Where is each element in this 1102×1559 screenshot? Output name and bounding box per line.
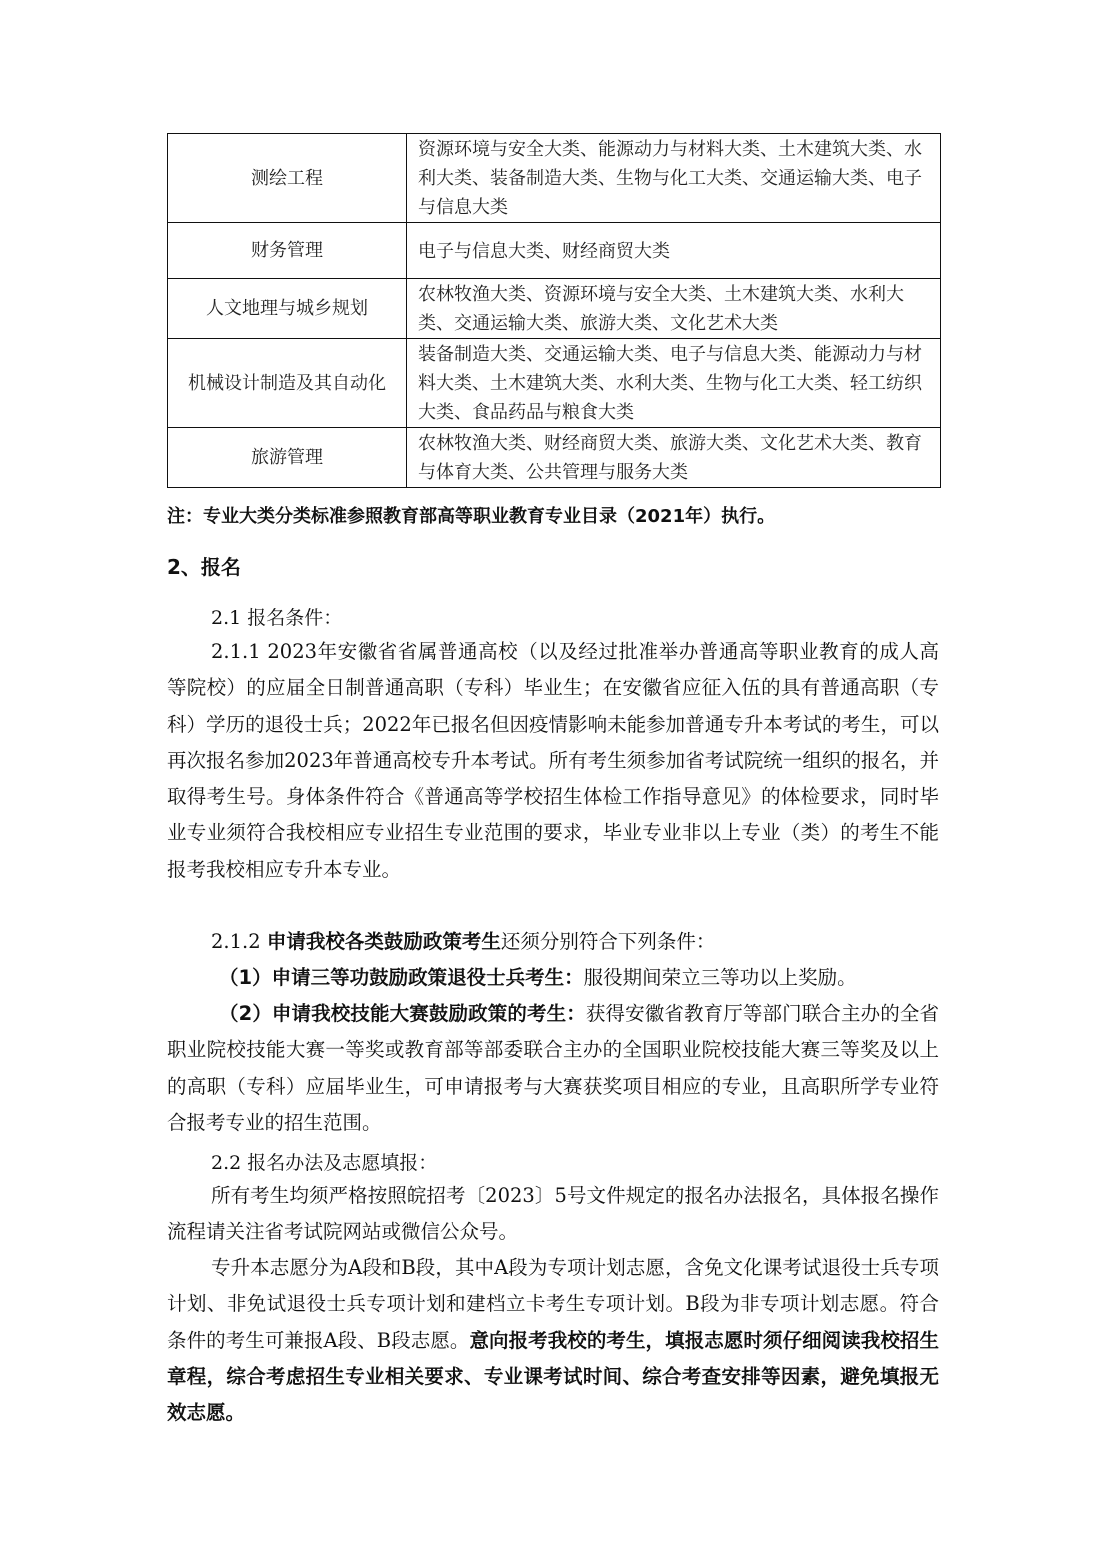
major-name: 人文地理与城乡规划 <box>168 279 407 339</box>
major-categories: 装备制造大类、交通运输大类、电子与信息大类、能源动力与材料大类、土木建筑大类、水… <box>407 339 941 428</box>
clause-number: 2.1.2 <box>211 930 267 953</box>
table-row: 人文地理与城乡规划 农林牧渔大类、资源环境与安全大类、土木建筑大类、水利大类、交… <box>168 279 941 339</box>
major-categories: 电子与信息大类、财经商贸大类 <box>407 223 941 279</box>
subsection-title-2-2: 2.2 报名办法及志愿填报： <box>211 1148 986 1175</box>
subsection-title-2-1: 2.1 报名条件： <box>211 603 986 630</box>
clause-rest: 还须分别符合下列条件： <box>501 930 716 953</box>
clause-bold: 申请我校各类鼓励政策考生 <box>267 930 501 953</box>
major-name: 机械设计制造及其自动化 <box>168 339 407 428</box>
item-1-rest: 服役期间荣立三等功以上奖励。 <box>584 966 857 989</box>
item-2-bold: （2）申请我校技能大赛鼓励政策的考生： <box>219 1002 586 1025</box>
paragraph-2-1-2: 2.1.2 申请我校各类鼓励政策考生还须分别符合下列条件： <box>167 924 939 960</box>
major-name: 测绘工程 <box>168 134 407 223</box>
table-row: 旅游管理 农林牧渔大类、财经商贸大类、旅游大类、文化艺术大类、教育与体育大类、公… <box>168 428 941 488</box>
paragraph-2-2-a: 所有考生均须严格按照皖招考〔2023〕5号文件规定的报名办法报名，具体报名操作流… <box>167 1178 939 1251</box>
major-categories: 资源环境与安全大类、能源动力与材料大类、土木建筑大类、水利大类、装备制造大类、生… <box>407 134 941 223</box>
paragraph-2-2-b: 专升本志愿分为A段和B段，其中A段为专项计划志愿，含免文化课考试退役士兵专项计划… <box>167 1250 939 1431</box>
paragraph-2-1-1: 2.1.1 2023年安徽省省属普通高校（以及经过批准举办普通高等职业教育的成人… <box>167 634 939 888</box>
major-name: 旅游管理 <box>168 428 407 488</box>
table-row: 机械设计制造及其自动化 装备制造大类、交通运输大类、电子与信息大类、能源动力与材… <box>168 339 941 428</box>
major-categories: 农林牧渔大类、财经商贸大类、旅游大类、文化艺术大类、教育与体育大类、公共管理与服… <box>407 428 941 488</box>
document-page: 测绘工程 资源环境与安全大类、能源动力与材料大类、土木建筑大类、水利大类、装备制… <box>0 0 1102 1559</box>
major-category-table: 测绘工程 资源环境与安全大类、能源动力与材料大类、土木建筑大类、水利大类、装备制… <box>167 133 941 488</box>
table-row: 财务管理 电子与信息大类、财经商贸大类 <box>168 223 941 279</box>
table-row: 测绘工程 资源环境与安全大类、能源动力与材料大类、土木建筑大类、水利大类、装备制… <box>168 134 941 223</box>
major-categories: 农林牧渔大类、资源环境与安全大类、土木建筑大类、水利大类、交通运输大类、旅游大类… <box>407 279 941 339</box>
item-1: （1）申请三等功鼓励政策退役士兵考生：服役期间荣立三等功以上奖励。 <box>167 960 939 996</box>
item-1-bold: （1）申请三等功鼓励政策退役士兵考生： <box>219 966 584 989</box>
table-note: 注：专业大类分类标准参照教育部高等职业教育专业目录（2021年）执行。 <box>167 502 942 528</box>
item-2: （2）申请我校技能大赛鼓励政策的考生：获得安徽省教育厅等部门联合主办的全省职业院… <box>167 996 939 1141</box>
section-heading: 2、报名 <box>167 551 942 580</box>
major-name: 财务管理 <box>168 223 407 279</box>
